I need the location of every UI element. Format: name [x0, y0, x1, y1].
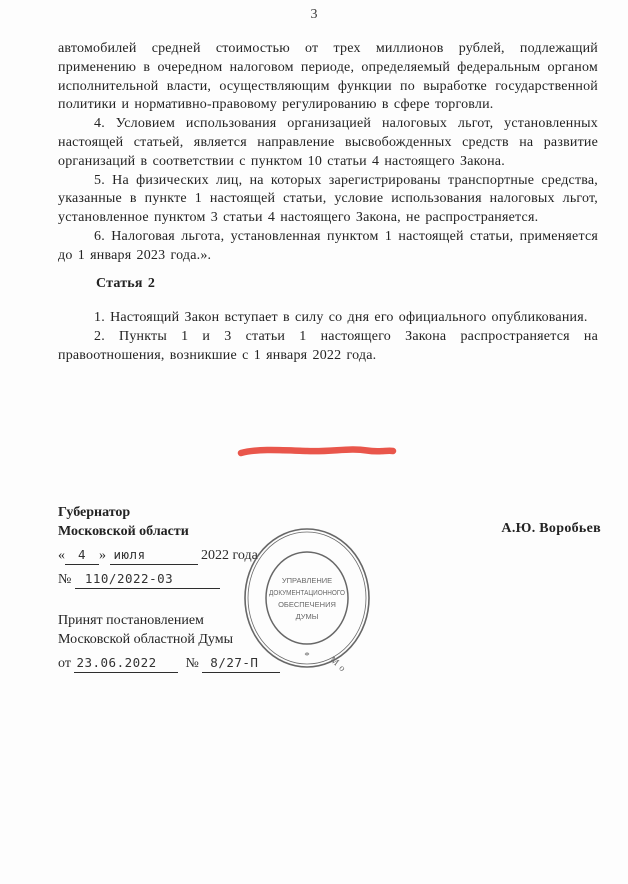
- document-number-field: 110/2022-03: [75, 569, 220, 589]
- article-2-paragraph-2: 2. Пункты 1 и 3 статьи 1 настоящего Зако…: [58, 328, 598, 366]
- stamp-center-line4: ДУМЫ: [296, 612, 319, 621]
- month-field: июля: [110, 545, 198, 565]
- paragraph-item-6: 6. Налоговая льгота, установленная пункт…: [58, 228, 598, 266]
- stamp-inner-ring: [266, 552, 348, 644]
- red-underline-annotation: [233, 441, 405, 463]
- stamp-center-line1: УПРАВЛЕНИЕ: [282, 576, 332, 585]
- page-number: 3: [0, 7, 628, 23]
- stamp-star: *: [304, 650, 310, 662]
- adoption-date-field: 23.06.2022: [74, 653, 178, 673]
- red-underline-stroke: [241, 449, 393, 453]
- adoption-number-sign: №: [185, 656, 198, 671]
- quote-close: »: [99, 548, 106, 563]
- paragraph-item-5: 5. На физических лиц, на которых зарегис…: [58, 172, 598, 228]
- quote-open: «: [58, 548, 65, 563]
- article-2-paragraph-1: 1. Настоящий Закон вступает в силу со дн…: [58, 309, 598, 328]
- stamp-center-line3: ОБЕСПЕЧЕНИЯ: [278, 600, 336, 609]
- document-body: автомобилей средней стоимостью от трех м…: [58, 40, 598, 366]
- number-sign: №: [58, 572, 71, 587]
- day-field: 4: [65, 545, 99, 565]
- document-page: 3 автомобилей средней стоимостью от трех…: [0, 0, 628, 884]
- paragraph-item-4: 4. Условием использования организацией н…: [58, 115, 598, 171]
- stamp-outer-ring: [245, 529, 369, 667]
- signer-name: А.Ю. Воробьев: [501, 521, 601, 537]
- signer-title-line1: Губернатор: [58, 503, 378, 522]
- article-2-heading: Статья 2: [58, 275, 598, 294]
- paragraph-continuation: автомобилей средней стоимостью от трех м…: [58, 40, 598, 115]
- stamp-center-line2: ДОКУМЕНТАЦИОННОГО: [269, 588, 345, 597]
- duma-round-stamp: Московская областная Дума * УПРАВЛЕНИЕ Д…: [240, 524, 374, 672]
- adoption-date-label: от: [58, 656, 71, 671]
